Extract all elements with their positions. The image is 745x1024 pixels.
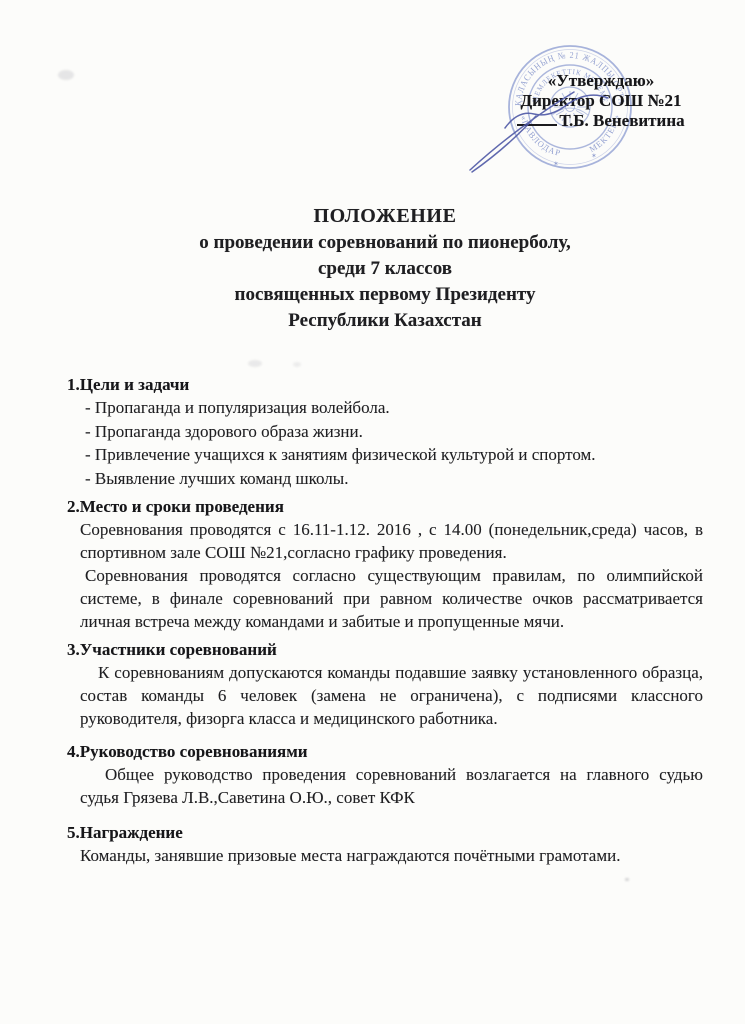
title-line-5: Республики Казахстан [35,308,735,334]
section-participants: 3.Участники соревнований К соревнованиям… [67,638,703,730]
goal-item: - Пропаганда и популяризация волейбола. [85,396,703,420]
director-signature [450,58,680,183]
goal-item: - Пропаганда здорового образа жизни. [85,420,703,444]
section-goals-heading: 1.Цели и задачи [67,373,703,396]
awards-paragraph: Команды, занявшие призовые места награжд… [80,844,703,867]
goal-item: - Привлечение учащихся к занятиям физиче… [85,443,703,467]
section-venue-dates: 2.Место и сроки проведения Соревнования … [67,495,703,633]
section-management-heading: 4.Руководство соревнованиями [67,740,703,763]
venue-paragraph: Соревнования проводятся с 16.11-1.12. 20… [80,518,703,564]
goal-item: - Выявление лучших команд школы. [85,467,703,491]
section-management: 4.Руководство соревнованиями Общее руков… [67,740,703,809]
section-awards: 5.Награждение Команды, занявшие призовые… [67,821,703,867]
scan-speck [58,70,74,80]
scanned-document-page: ҚАЛАСЫНЫҢ № 21 ЖАЛПЫ ОРТА МЕМЛЕКЕТТІК МЕ… [0,0,745,1024]
section-goals: 1.Цели и задачи - Пропаганда и популяриз… [67,373,703,490]
section-participants-heading: 3.Участники соревнований [67,638,703,661]
participants-paragraph: К соревнованиям допускаются команды пода… [80,661,703,730]
section-venue-heading: 2.Место и сроки проведения [67,495,703,518]
management-paragraph: Общее руководство проведения соревновани… [80,763,703,809]
scan-speck [248,360,262,367]
title-main: ПОЛОЖЕНИЕ [35,202,735,230]
title-line-4: посвященных первому Президенту [35,282,735,308]
rules-paragraph: Соревнования проводятся согласно существ… [80,564,703,633]
scan-speck [293,362,301,367]
goals-list: - Пропаганда и популяризация волейбола. … [67,396,703,490]
title-line-2: о проведении соревнований по пионерболу, [35,230,735,256]
scan-speck [625,878,629,881]
document-body: 1.Цели и задачи - Пропаганда и популяриз… [0,373,745,867]
section-awards-heading: 5.Награждение [67,821,703,844]
title-line-3: среди 7 классов [35,256,735,282]
